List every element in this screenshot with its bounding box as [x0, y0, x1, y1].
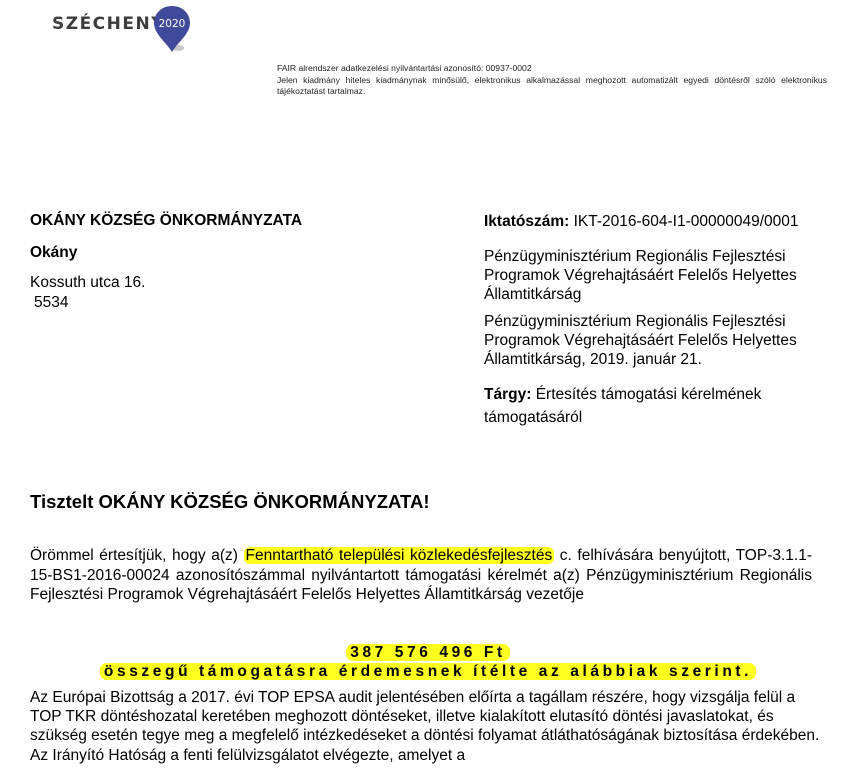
registration-value: IKT-2016-604-I1-00000049/0001: [574, 213, 799, 230]
issuer-date: Pénzügyminisztérium Regionális Fejleszté…: [484, 312, 844, 369]
logo-badge: 2020: [159, 18, 186, 30]
fair-id-line: FAIR alrendszer adatkezelési nyilvántart…: [277, 63, 827, 75]
paragraph-intro: Örömmel értesítjük, hogy a(z): [30, 547, 244, 564]
call-title-highlight: Fenntartható települési közlekedésfejles…: [244, 547, 555, 564]
fair-notice: FAIR alrendszer adatkezelési nyilvántart…: [277, 63, 827, 98]
recipient-street: Kossuth utca 16.: [30, 274, 302, 292]
registration-label: Iktatószám:: [484, 213, 569, 230]
salutation: Tisztelt OKÁNY KÖZSÉG ÖNKORMÁNYZATA!: [30, 491, 429, 513]
grant-amount-value: 387 576 496 Ft: [346, 644, 510, 661]
subject: Tárgy: Értesítés támogatási kérelmének t…: [484, 383, 844, 429]
recipient-zip: 5534: [30, 294, 302, 312]
audit-paragraph: Az Európai Bizottság a 2017. évi TOP EPS…: [30, 688, 820, 765]
registration-number: Iktatószám: IKT-2016-604-I1-00000049/000…: [484, 212, 844, 231]
document-header: Iktatószám: IKT-2016-604-I1-00000049/000…: [484, 212, 844, 429]
award-statement-text: összegű támogatásra érdemesnek ítélte az…: [100, 663, 756, 680]
recipient-address: OKÁNY KÖZSÉG ÖNKORMÁNYZATA Okány Kossuth…: [30, 212, 302, 312]
fair-authenticity-line: Jelen kiadmány hiteles kiadmánynak minős…: [277, 75, 827, 98]
map-pin-icon: 2020: [152, 4, 192, 54]
recipient-city: Okány: [30, 244, 302, 262]
award-statement: összegű támogatásra érdemesnek ítélte az…: [0, 663, 856, 681]
notification-paragraph: Örömmel értesítjük, hogy a(z) Fenntartha…: [30, 546, 812, 605]
recipient-name: OKÁNY KÖZSÉG ÖNKORMÁNYZATA: [30, 212, 302, 230]
issuer: Pénzügyminisztérium Regionális Fejleszté…: [484, 247, 844, 304]
grant-amount: 387 576 496 Ft: [0, 644, 856, 662]
subject-label: Tárgy:: [484, 386, 531, 403]
